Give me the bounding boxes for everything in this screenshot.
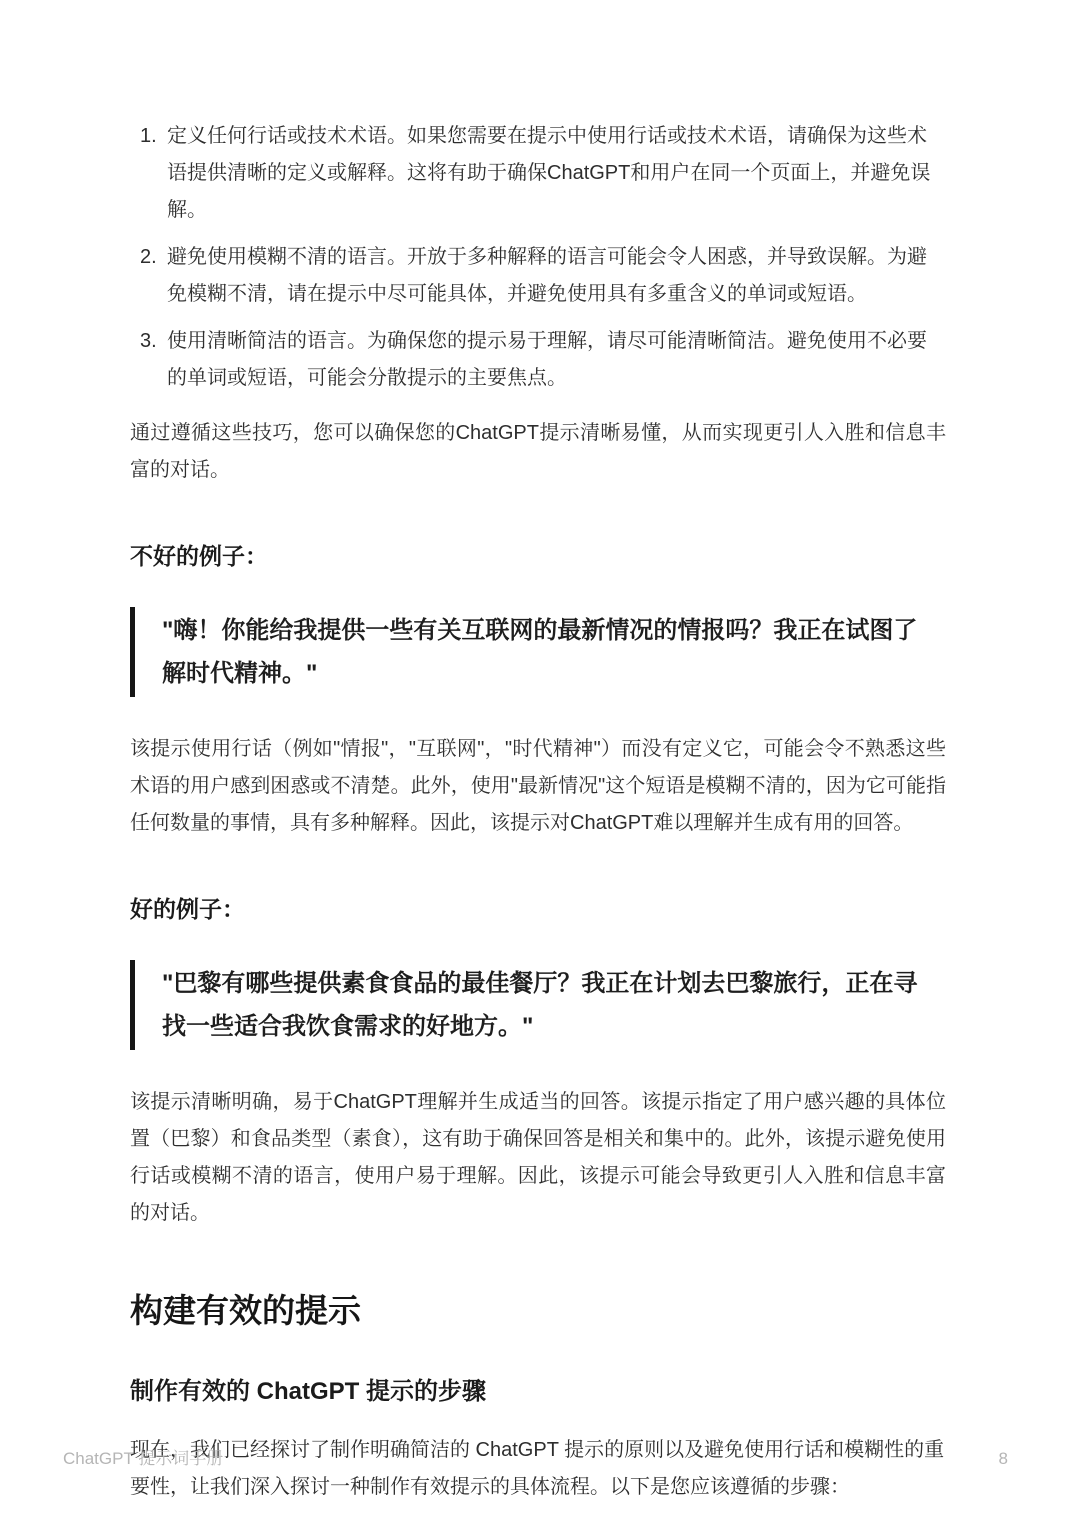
good-example-quote-text: "巴黎有哪些提供素食食品的最佳餐厅？我正在计划去巴黎旅行，正在寻找一些适合我饮食…	[162, 970, 917, 1040]
bad-example-heading: 不好的例子：	[130, 541, 946, 571]
list-item-text: 定义任何行话或技术术语。如果您需要在提示中使用行话或技术术语，请确保为这些术语提…	[167, 118, 946, 229]
list-item: 3. 使用清晰简洁的语言。为确保您的提示易于理解，请尽可能清晰简洁。避免使用不必…	[130, 323, 946, 397]
good-example-analysis: 该提示清晰明确，易于ChatGPT理解并生成适当的回答。该提示指定了用户感兴趣的…	[130, 1084, 946, 1232]
bad-example-quote-block: "嗨！你能给我提供一些有关互联网的最新情况的情报吗？我正在试图了解时代精神。"	[130, 607, 946, 697]
section-subheading: 制作有效的 ChatGPT 提示的步骤	[130, 1376, 946, 1408]
page-footer: ChatGPT 提示词手册 8	[63, 1444, 1008, 1469]
list-item-number: 2.	[130, 239, 167, 313]
list-item-number: 1.	[130, 118, 167, 229]
list-item-number: 3.	[130, 323, 167, 397]
document-page: 1. 定义任何行话或技术术语。如果您需要在提示中使用行话或技术术语，请确保为这些…	[0, 0, 1080, 1528]
page-content: 1. 定义任何行话或技术术语。如果您需要在提示中使用行话或技术术语，请确保为这些…	[130, 118, 946, 1506]
list-item-text: 使用清晰简洁的语言。为确保您的提示易于理解，请尽可能清晰简洁。避免使用不必要的单…	[167, 323, 946, 397]
section-heading: 构建有效的提示	[130, 1290, 946, 1332]
footer-page-number: 8	[999, 1449, 1008, 1469]
footer-book-title: ChatGPT 提示词手册	[63, 1444, 223, 1469]
good-example-quote-block: "巴黎有哪些提供素食食品的最佳餐厅？我正在计划去巴黎旅行，正在寻找一些适合我饮食…	[130, 960, 946, 1050]
tips-ordered-list: 1. 定义任何行话或技术术语。如果您需要在提示中使用行话或技术术语，请确保为这些…	[130, 118, 946, 397]
summary-paragraph: 通过遵循这些技巧，您可以确保您的ChatGPT提示清晰易懂，从而实现更引人入胜和…	[130, 415, 946, 489]
bad-example-quote-text: "嗨！你能给我提供一些有关互联网的最新情况的情报吗？我正在试图了解时代精神。"	[162, 617, 917, 687]
list-item: 1. 定义任何行话或技术术语。如果您需要在提示中使用行话或技术术语，请确保为这些…	[130, 118, 946, 229]
bad-example-analysis: 该提示使用行话（例如"情报"，"互联网"，"时代精神"）而没有定义它，可能会令不…	[130, 731, 946, 842]
list-item-text: 避免使用模糊不清的语言。开放于多种解释的语言可能会令人困惑，并导致误解。为避免模…	[167, 239, 946, 313]
list-item: 2. 避免使用模糊不清的语言。开放于多种解释的语言可能会令人困惑，并导致误解。为…	[130, 239, 946, 313]
good-example-heading: 好的例子：	[130, 894, 946, 924]
